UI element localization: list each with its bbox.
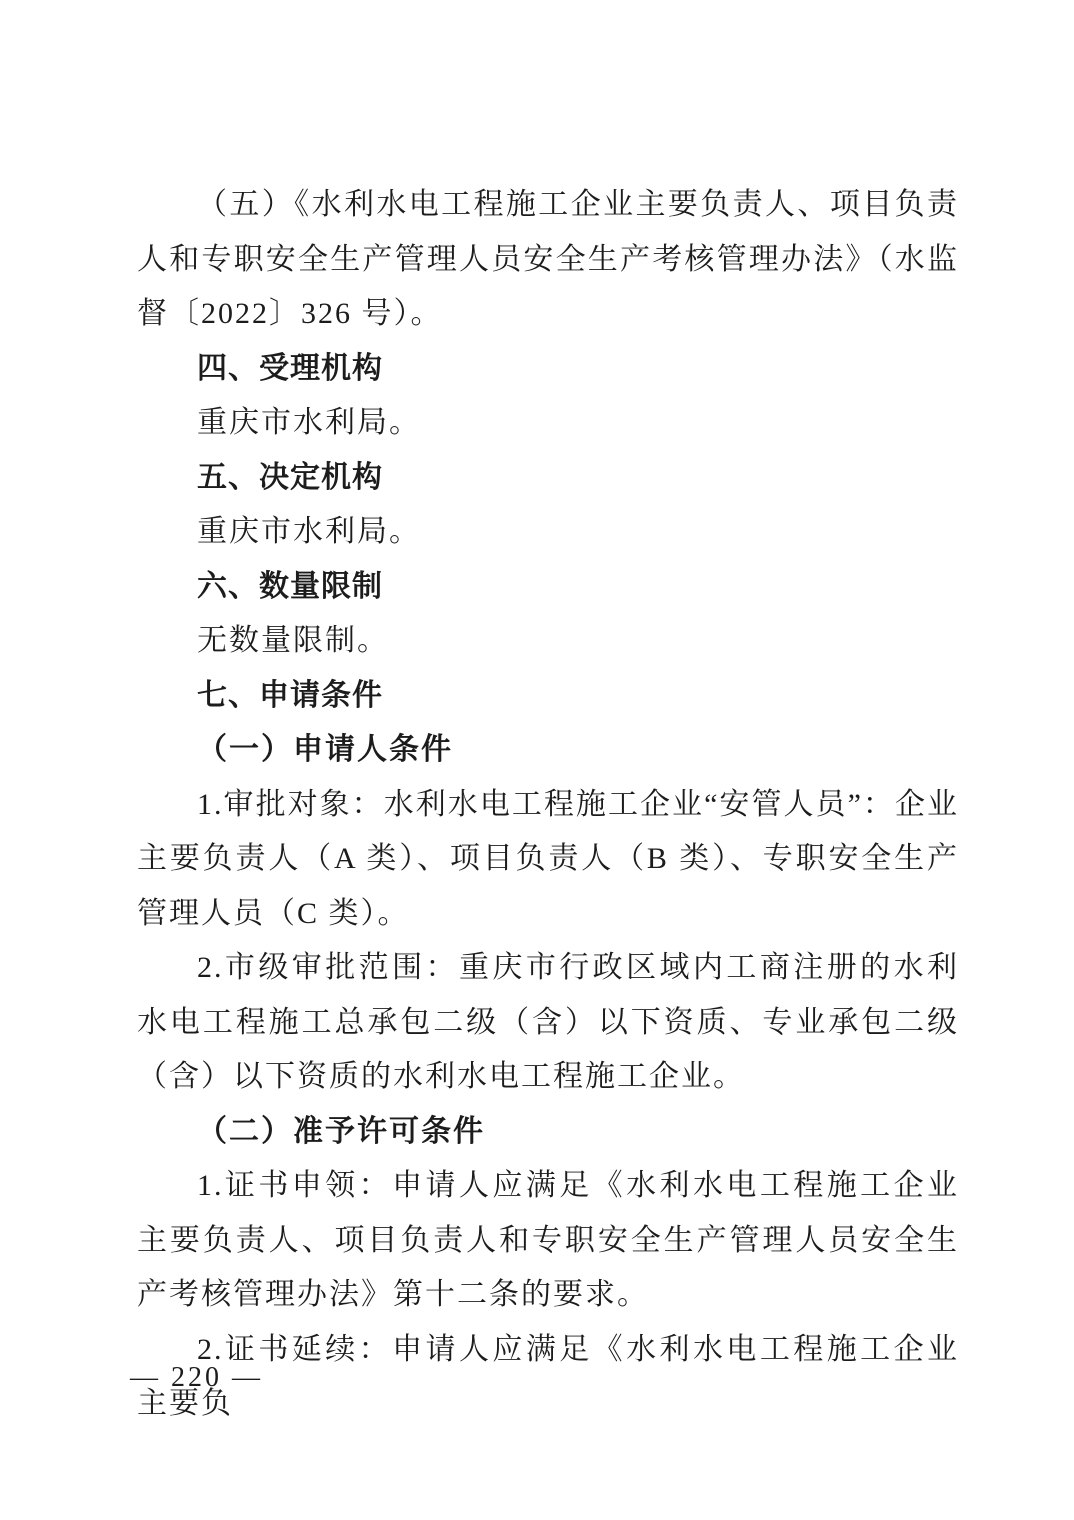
section-heading-application-conditions: 七、申请条件 [137, 669, 959, 724]
sub-heading-permit-granting-conditions: （二）准予许可条件 [137, 1105, 959, 1160]
paragraph-quantity-limit: 无数量限制。 [137, 614, 959, 669]
paragraph-certificate-application: 1.证书申领：申请人应满足《水利水电工程施工企业主要负责人、项目负责人和专职安全… [137, 1159, 959, 1323]
section-heading-quantity-limit: 六、数量限制 [137, 560, 959, 615]
document-content: （五）《水利水电工程施工企业主要负责人、项目负责人和专职安全生产管理人员安全生产… [137, 178, 959, 1432]
paragraph-legal-basis-item5: （五）《水利水电工程施工企业主要负责人、项目负责人和专职安全生产管理人员安全生产… [137, 178, 959, 342]
section-heading-accepting-authority: 四、受理机构 [137, 342, 959, 397]
document-page: （五）《水利水电工程施工企业主要负责人、项目负责人和专职安全生产管理人员安全生产… [0, 0, 1074, 1520]
paragraph-municipal-approval-scope: 2.市级审批范围：重庆市行政区域内工商注册的水利水电工程施工总承包二级（含）以下… [137, 941, 959, 1105]
paragraph-accepting-authority: 重庆市水利局。 [137, 396, 959, 451]
paragraph-deciding-authority: 重庆市水利局。 [137, 505, 959, 560]
sub-heading-applicant-conditions: （一）申请人条件 [137, 723, 959, 778]
section-heading-deciding-authority: 五、决定机构 [137, 451, 959, 506]
paragraph-approval-targets: 1.审批对象：水利水电工程施工企业“安管人员”：企业主要负责人（A 类）、项目负… [137, 778, 959, 942]
page-number: — 220 — [130, 1362, 263, 1394]
